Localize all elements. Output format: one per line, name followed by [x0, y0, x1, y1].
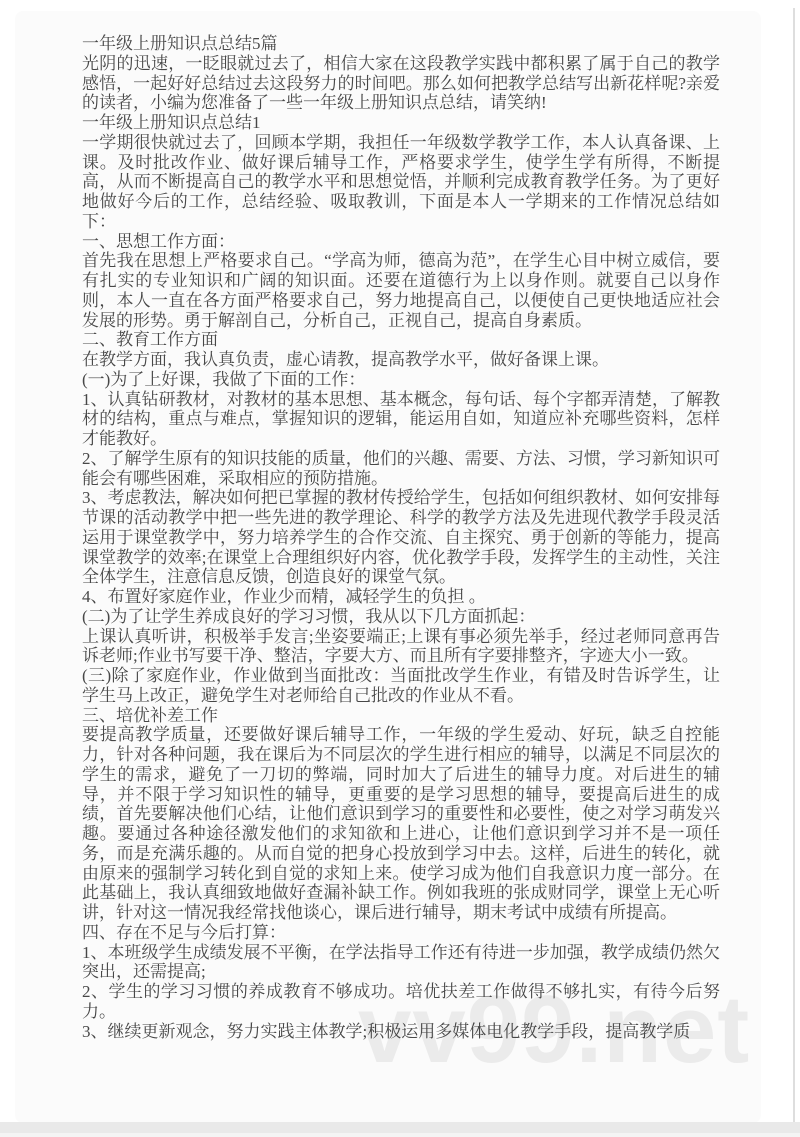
- page-bottom-edge: [0, 1122, 800, 1133]
- paragraph: 3、继续更新观念，努力实践主体教学;积极运用多媒体电化教学手段，提高教学质: [82, 1022, 720, 1042]
- paragraph: 3、考虑教法，解决如何把已掌握的教材传授给学生，包括如何组织教材、如何安排每节课…: [82, 488, 720, 587]
- paragraph: 4、布置好家庭作业，作业少而精，减轻学生的负担 。: [82, 587, 720, 607]
- page-bottom-fade: [0, 1133, 800, 1137]
- page-border-line: [793, 8, 795, 1122]
- paragraph: 一年级上册知识点总结5篇: [82, 34, 720, 54]
- paragraph: 1、本班级学生成绩发展不平衡，在学法指导工作还有待进一步加强，教学成绩仍然欠突出…: [82, 943, 720, 983]
- paragraph: 2、学生的学习习惯的养成教育不够成功。培优扶差工作做得不够扎实，有待今后努力。: [82, 982, 720, 1022]
- paragraph: 光阴的迅速，一眨眼就过去了，相信大家在这段教学实践中都积累了属于自己的教学感悟，…: [82, 54, 720, 113]
- document-viewer: vv99.net 一年级上册知识点总结5篇光阴的迅速，一眨眼就过去了，相信大家在…: [0, 0, 800, 1137]
- paragraph: 1、认真钻研教材，对教材的基本思想、基本概念，每句话、每个字都弄清楚，了解教材的…: [82, 390, 720, 449]
- paragraph: 一、思想工作方面：: [82, 232, 720, 252]
- paragraph: 三、培优补差工作: [82, 706, 720, 726]
- paragraph: 上课认真听讲，积极举手发言;坐姿要端正;上课有事必须先举手，经过老师同意再告诉老…: [82, 627, 720, 667]
- document-text: 一年级上册知识点总结5篇光阴的迅速，一眨眼就过去了，相信大家在这段教学实践中都积…: [82, 34, 720, 1041]
- paragraph: (一)为了上好课，我做了下面的工作：: [82, 370, 720, 390]
- paragraph: 一学期很快就过去了，回顾本学期，我担任一年级数学教学工作，本人认真备课、上课。及…: [82, 133, 720, 232]
- paragraph: 二、教育工作方面: [82, 330, 720, 350]
- paragraph: (二)为了让学生养成良好的学习习惯，我从以下几方面抓起：: [82, 607, 720, 627]
- paragraph: (三)除了家庭作业，作业做到当面批改：当面批改学生作业，有错及时告诉学生，让学生…: [82, 666, 720, 706]
- paragraph: 在教学方面，我认真负责，虚心请教，提高教学水平，做好备课上课。: [82, 350, 720, 370]
- paragraph: 四、存在不足与今后打算：: [82, 923, 720, 943]
- paragraph: 一年级上册知识点总结1: [82, 113, 720, 133]
- paragraph: 首先我在思想上严格要求自己。“学高为师，德高为范”，在学生心目中树立威信，要有扎…: [82, 251, 720, 330]
- paragraph: 2、了解学生原有的知识技能的质量，他们的兴趣、需要、方法、习惯，学习新知识可能会…: [82, 449, 720, 489]
- paragraph: 要提高教学质量，还要做好课后辅导工作，一年级的学生爱动、好玩，缺乏自控能力，针对…: [82, 725, 720, 923]
